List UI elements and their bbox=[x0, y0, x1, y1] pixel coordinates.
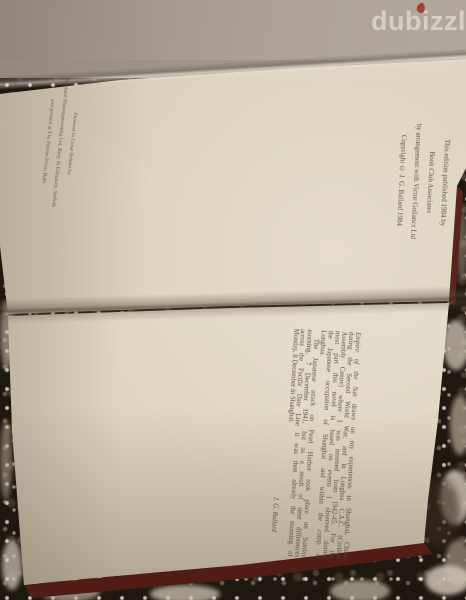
carpet-fluff bbox=[0, 420, 12, 500]
carpet-fluff bbox=[330, 580, 390, 600]
authors-note-block: Empire of the Sun draws on my experience… bbox=[272, 328, 361, 560]
photo-of-open-book: { "watermark": { "brand": "dubizzle" }, … bbox=[0, 0, 466, 600]
carpet-fluff bbox=[450, 395, 466, 455]
carpet-fluff bbox=[150, 585, 220, 600]
carpet-fluff bbox=[425, 565, 466, 595]
carpet-fluff bbox=[2, 540, 22, 590]
copyright-block: This edition published 1984 by Book Club… bbox=[390, 111, 455, 254]
